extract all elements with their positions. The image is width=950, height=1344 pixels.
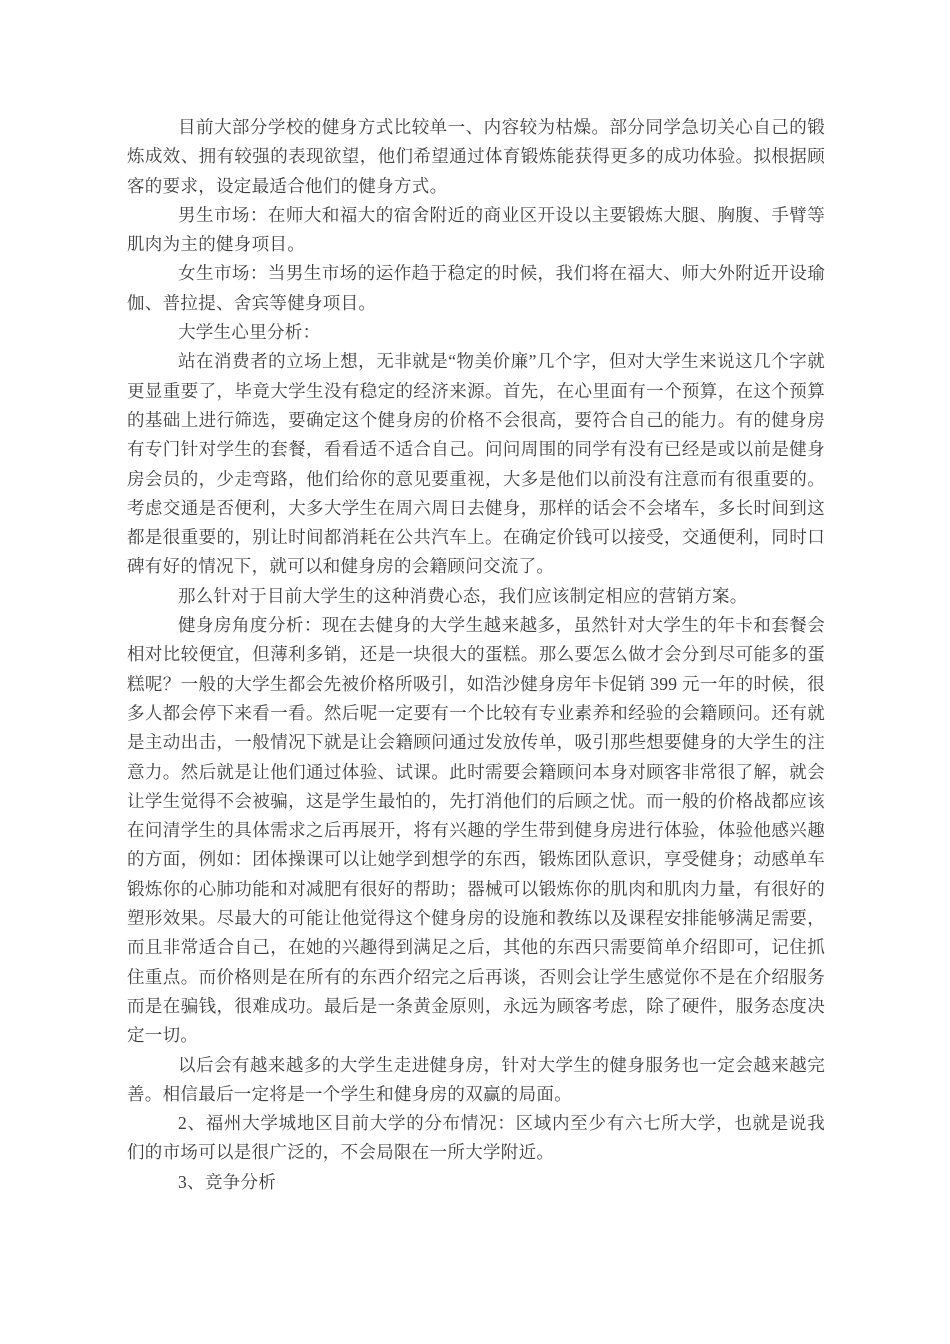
paragraph-intro: 目前大部分学校的健身方式比较单一、内容较为枯燥。部分同学急切关心自己的锻炼成效、…	[127, 113, 825, 201]
document-page: 目前大部分学校的健身方式比较单一、内容较为枯燥。部分同学急切关心自己的锻炼成效、…	[0, 0, 950, 1344]
paragraph-outlook: 以后会有越来越多的大学生走进健身房，针对大学生的健身服务也一定会越来越完善。相信…	[127, 1051, 825, 1110]
paragraph-gym-perspective: 健身房角度分析：现在去健身的大学生越来越多，虽然针对大学生的年卡和套餐会相对比较…	[127, 611, 825, 1050]
paragraph-competition-heading: 3、竞争分析	[127, 1168, 825, 1197]
paragraph-consumer-perspective: 站在消费者的立场上想，无非就是“物美价廉”几个字，但对大学生来说这几个字就更显重…	[127, 347, 825, 581]
paragraph-female-market: 女生市场：当男生市场的运作趋于稳定的时候，我们将在福大、师大外附近开设瑜伽、普拉…	[127, 259, 825, 318]
paragraph-male-market: 男生市场：在师大和福大的宿舍附近的商业区开设以主要锻炼大腿、胸腹、手臂等肌肉为主…	[127, 201, 825, 260]
paragraph-university-distribution: 2、福州大学城地区目前大学的分布情况：区域内至少有六七所大学，也就是说我们的市场…	[127, 1109, 825, 1168]
paragraph-student-psychology-heading: 大学生心里分析：	[127, 318, 825, 347]
paragraph-marketing-plan-note: 那么针对于目前大学生的这种消费心态，我们应该制定相应的营销方案。	[127, 582, 825, 611]
